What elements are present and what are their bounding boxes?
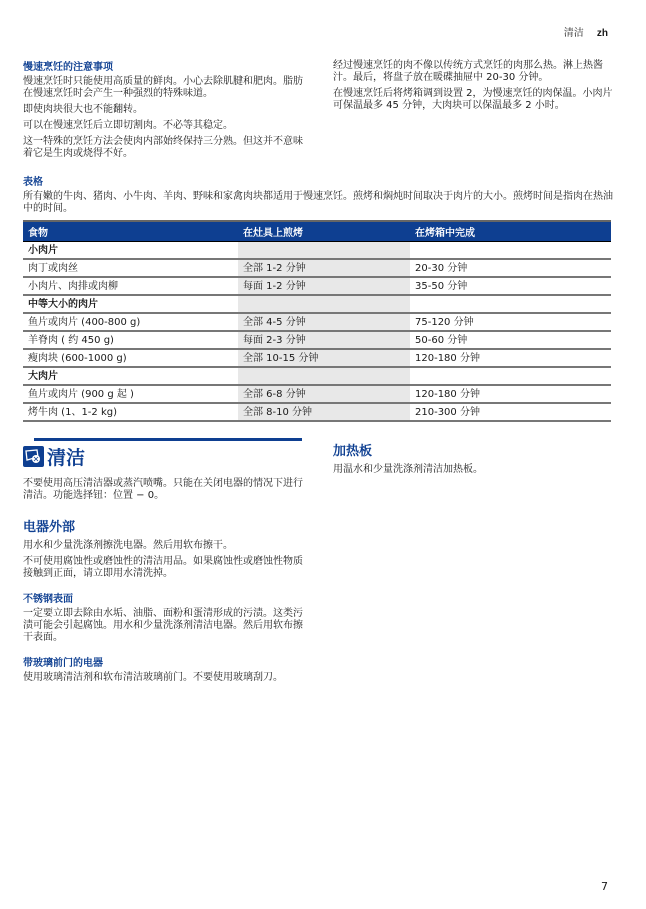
stainless-title: 不锈钢表面: [23, 590, 305, 605]
table-intro: 表格 所有嫩的牛肉、猪肉、小牛肉、羊肉、野味和家禽肉块都适用于慢速烹饪。煎烤和焖…: [23, 173, 613, 215]
table-intro-text: 所有嫩的牛肉、猪肉、小牛肉、羊肉、野味和家禽肉块都适用于慢速烹饪。煎烤和焖炖时间…: [23, 191, 613, 215]
cell-sear: 全部 8-10 分钟: [238, 403, 410, 421]
paragraph: 即使肉块很大也不能翻转。: [23, 104, 305, 116]
table-row: 肉丁或肉丝 全部 1-2 分钟 20-30 分钟: [23, 259, 611, 277]
table-group-row: 中等大小的肉片: [23, 295, 611, 313]
cleaning-intro: 不要使用高压清洁器或蒸汽喷嘴。只能在关闭电器的情况下进行清洁。功能选择钮：位置 …: [23, 478, 305, 502]
paragraph: 这一特殊的烹饪方法会使肉内部始终保持三分熟。但这并不意味着它是生肉或烧得不好。: [23, 136, 305, 160]
glass-door-text: 使用玻璃清洁剂和软布清洁玻璃前门。不要使用玻璃刮刀。: [23, 672, 305, 684]
empty-cell: [238, 295, 410, 313]
paragraph: 在慢速烹饪后将烤箱调到设置 2，为慢速烹饪的肉保温。小肉片可保温最多 45 分钟…: [333, 88, 615, 112]
table-section-title: 表格: [23, 173, 613, 188]
cleaning-section-heading: 清洁: [23, 443, 85, 470]
col-header-oven: 在烤箱中完成: [410, 221, 611, 242]
col-header-sear: 在灶具上煎烤: [238, 221, 410, 242]
header-lang: zh: [597, 28, 608, 39]
cell-oven: 50-60 分钟: [410, 331, 611, 349]
cell-oven: 75-120 分钟: [410, 313, 611, 331]
hotplate-text: 用温水和少量洗涤剂清洁加热板。: [333, 464, 615, 476]
exterior-title: 电器外部: [23, 516, 305, 535]
cell-food: 小肉片、肉排或肉柳: [23, 277, 238, 295]
cell-oven: 35-50 分钟: [410, 277, 611, 295]
running-header: 清洁 zh: [564, 24, 608, 39]
cleaning-right-column: 加热板 用温水和少量洗涤剂清洁加热板。: [333, 440, 615, 480]
glass-door-title: 带玻璃前门的电器: [23, 654, 305, 669]
table-row: 瘦肉块 (600-1000 g) 全部 10-15 分钟 120-180 分钟: [23, 349, 611, 367]
cell-food: 鱼片或肉片 (400-800 g): [23, 313, 238, 331]
paragraph: 不可使用腐蚀性或磨蚀性的清洁用品。如果腐蚀性或磨蚀性物质接触到正面，请立即用水清…: [23, 556, 305, 580]
cell-sear: 全部 1-2 分钟: [238, 259, 410, 277]
cooking-time-table: 食物 在灶具上煎烤 在烤箱中完成 小肉片 肉丁或肉丝 全部 1-2 分钟 20-…: [23, 220, 611, 422]
cell-oven: 20-30 分钟: [410, 259, 611, 277]
cell-food: 瘦肉块 (600-1000 g): [23, 349, 238, 367]
cleaning-left-column: 不要使用高压清洁器或蒸汽喷嘴。只能在关闭电器的情况下进行清洁。功能选择钮：位置 …: [23, 478, 305, 688]
stainless-text: 一定要立即去除由水垢、油脂、面粉和蛋清形成的污渍。这类污渍可能会引起腐蚀。用水和…: [23, 608, 305, 644]
paragraph: 用水和少量洗涤剂擦洗电器。然后用软布擦干。: [23, 540, 305, 552]
paragraph: 经过慢速烹饪的肉不像以传统方式烹饪的肉那么热。淋上热酱汁。最后，将盘子放在暖碟抽…: [333, 60, 615, 84]
paragraph: 慢速烹饪时只能使用高质量的鲜肉。小心去除肌腱和肥肉。脂肪在慢速烹饪时会产生一种强…: [23, 76, 305, 100]
slow-cooking-notes-left: 慢速烹饪的注意事项 慢速烹饪时只能使用高质量的鲜肉。小心去除肌腱和肥肉。脂肪在慢…: [23, 58, 305, 164]
cell-sear: 全部 4-5 分钟: [238, 313, 410, 331]
table-header-row: 食物 在灶具上煎烤 在烤箱中完成: [23, 221, 611, 242]
empty-cell: [410, 295, 611, 313]
header-section: 清洁: [564, 28, 584, 39]
empty-cell: [410, 367, 611, 385]
notes-title: 慢速烹饪的注意事项: [23, 58, 305, 73]
cell-sear: 全部 10-15 分钟: [238, 349, 410, 367]
table-row: 小肉片、肉排或肉柳 每面 1-2 分钟 35-50 分钟: [23, 277, 611, 295]
cell-sear: 每面 2-3 分钟: [238, 331, 410, 349]
cell-food: 羊脊肉 ( 约 450 g): [23, 331, 238, 349]
cell-sear: 每面 1-2 分钟: [238, 277, 410, 295]
cell-food: 鱼片或肉片 (900 g 起 ): [23, 385, 238, 403]
table-row: 鱼片或肉片 (900 g 起 ) 全部 6-8 分钟 120-180 分钟: [23, 385, 611, 403]
table-row: 烤牛肉 (1、1-2 kg) 全部 8-10 分钟 210-300 分钟: [23, 403, 611, 421]
cleaning-cloth-icon: [23, 446, 44, 467]
empty-cell: [410, 242, 611, 260]
group-label: 中等大小的肉片: [23, 295, 238, 313]
empty-cell: [238, 242, 410, 260]
table-group-row: 大肉片: [23, 367, 611, 385]
slow-cooking-notes-right: 经过慢速烹饪的肉不像以传统方式烹饪的肉那么热。淋上热酱汁。最后，将盘子放在暖碟抽…: [333, 60, 615, 116]
group-label: 大肉片: [23, 367, 238, 385]
cell-food: 肉丁或肉丝: [23, 259, 238, 277]
cell-oven: 210-300 分钟: [410, 403, 611, 421]
col-header-food: 食物: [23, 221, 238, 242]
cell-oven: 120-180 分钟: [410, 385, 611, 403]
section-rule: [34, 438, 302, 441]
table-row: 羊脊肉 ( 约 450 g) 每面 2-3 分钟 50-60 分钟: [23, 331, 611, 349]
paragraph: 可以在慢速烹饪后立即切割肉。不必等其稳定。: [23, 120, 305, 132]
hotplate-title: 加热板: [333, 440, 615, 459]
empty-cell: [238, 367, 410, 385]
table-group-row: 小肉片: [23, 242, 611, 260]
table-row: 鱼片或肉片 (400-800 g) 全部 4-5 分钟 75-120 分钟: [23, 313, 611, 331]
page-number: 7: [601, 880, 608, 893]
cell-sear: 全部 6-8 分钟: [238, 385, 410, 403]
cell-food: 烤牛肉 (1、1-2 kg): [23, 403, 238, 421]
group-label: 小肉片: [23, 242, 238, 260]
cell-oven: 120-180 分钟: [410, 349, 611, 367]
cleaning-title: 清洁: [47, 443, 85, 470]
